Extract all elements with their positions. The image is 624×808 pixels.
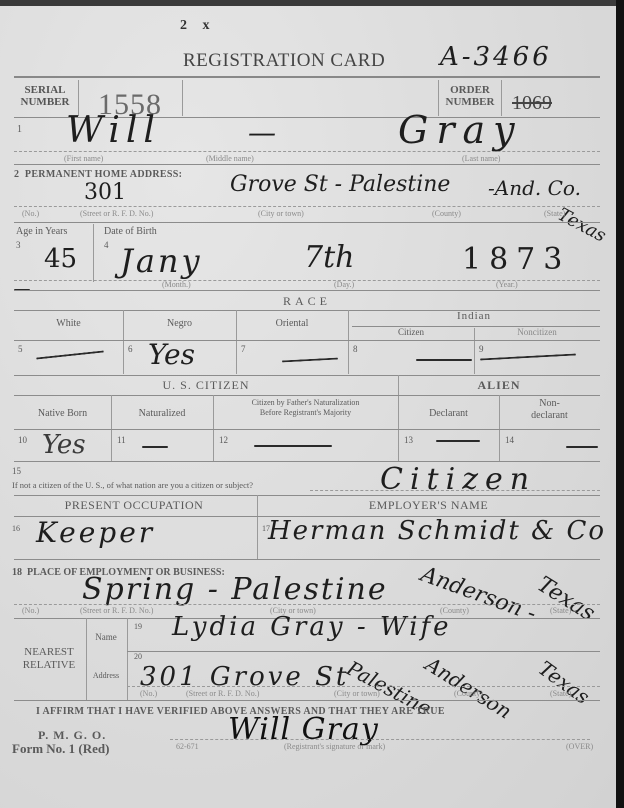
birth-year-value: 1873 [462, 242, 570, 277]
relative-caption-no: (No.) [140, 689, 157, 698]
item-number-14: 14 [505, 435, 514, 445]
employer-title: EMPLOYER'S NAME [257, 498, 600, 513]
item-number-5: 5 [18, 344, 23, 354]
citizen-by-father-line1: Citizen by Father's Naturalization [213, 398, 398, 408]
relative-address-value: 301 Grove St [140, 662, 349, 692]
item-number-9: 9 [479, 344, 484, 354]
serial-label-line1: SERIAL [14, 84, 76, 96]
alien-title: ALIEN [398, 378, 600, 393]
first-name-caption: (First name) [64, 154, 103, 163]
race-negro-label: Negro [123, 318, 236, 329]
employment-caption-no: (No.) [22, 606, 39, 615]
item-number-2: 2 [14, 169, 19, 180]
nearest-relative-label: NEAREST RELATIVE [14, 646, 84, 672]
item-number-11: 11 [117, 435, 126, 445]
last-name-caption: (Last name) [462, 154, 500, 163]
form-number: Form No. 1 (Red) [12, 741, 109, 757]
card-id-handwritten: A-3466 [440, 42, 552, 72]
nation-answer: Citizen [380, 462, 536, 497]
race-white-label: White [14, 318, 123, 329]
registration-card: 2 x REGISTRATION CARD A-3466 SERIAL NUMB… [0, 0, 616, 808]
birth-month-value: Jany [120, 242, 203, 280]
item-number-19: 19 [134, 622, 142, 631]
place-of-employment-value: Spring - Palestine [82, 572, 388, 607]
race-indian-noncitizen-label: Noncitizen [474, 327, 600, 337]
occupation-value: Keeper [36, 516, 155, 549]
item-number-20: 20 [134, 652, 142, 661]
signature-caption: (Registrant's signature or mark) [284, 742, 385, 751]
serial-label-line2: NUMBER [14, 96, 76, 108]
date-of-birth-label: Date of Birth [104, 226, 157, 237]
first-name-value: Will [66, 110, 161, 151]
item-number-12: 12 [219, 435, 228, 445]
home-address-number: 301 [84, 180, 126, 205]
relative-address-label: Address [86, 671, 126, 680]
item-number-4: 4 [104, 240, 109, 250]
citizen-by-father-label: Citizen by Father's Naturalization Befor… [213, 398, 398, 418]
relative-caption-street: (Street or R. F. D. No.) [186, 689, 259, 698]
nearest-relative-line2: RELATIVE [14, 659, 84, 672]
birth-day-value: 7th [304, 240, 354, 275]
age-value: 45 [44, 244, 77, 274]
item-number-3: 3 [16, 240, 21, 250]
over-label: (OVER) [566, 742, 593, 751]
item-number-10: 10 [18, 435, 27, 445]
declarant-label: Declarant [398, 408, 499, 419]
item-number-16: 16 [12, 524, 20, 533]
birth-year-caption: (Year.) [496, 280, 518, 289]
non-declarant-line1: Non- [499, 398, 600, 410]
race-title: RACE [14, 294, 600, 309]
employer-value: Herman Schmidt & Co [268, 516, 606, 546]
address-caption-state: (State) [544, 209, 565, 218]
birth-day-caption: (Day.) [334, 280, 354, 289]
address-caption-street: (Street or R. F. D. No.) [80, 209, 153, 218]
non-declarant-line2: declarant [499, 410, 600, 422]
address-caption-no: (No.) [22, 209, 39, 218]
item-number-6: 6 [128, 344, 133, 354]
home-address-county: -And. Co. [488, 176, 581, 200]
item-number-7: 7 [241, 344, 246, 354]
citizen-by-father-line2: Before Registrant's Majority [213, 408, 398, 418]
item-number-1: 1 [17, 124, 22, 135]
native-born-value: Yes [42, 430, 86, 460]
non-declarant-label: Non- declarant [499, 398, 600, 422]
native-born-label: Native Born [14, 408, 111, 419]
us-citizen-title: U. S. CITIZEN [14, 378, 398, 393]
home-address-street-city: Grove St - Palestine [230, 172, 450, 197]
order-label-line2: NUMBER [440, 96, 500, 108]
relative-caption-county: (County) [454, 689, 483, 698]
address-caption-city: (City or town) [258, 209, 304, 218]
nation-question: If not a citizen of the U. S., of what n… [12, 480, 253, 490]
birth-month-caption: (Month.) [162, 280, 191, 289]
home-address-label-text: PERMANENT HOME ADDRESS: [25, 169, 182, 180]
item-number-13: 13 [404, 435, 413, 445]
address-caption-county: (County) [432, 209, 461, 218]
relative-name-label: Name [86, 632, 126, 642]
employment-caption-street: (Street or R. F. D. No.) [80, 606, 153, 615]
item-number-18: 18 [12, 567, 22, 578]
stray-marks: 2 x [180, 18, 216, 34]
nearest-relative-line1: NEAREST [14, 646, 84, 659]
race-negro-value: Yes [148, 338, 195, 371]
item-number-15: 15 [12, 466, 21, 476]
middle-name-caption: (Middle name) [206, 154, 254, 163]
card-title: REGISTRATION CARD [183, 50, 385, 72]
employment-caption-state: (State) [550, 606, 571, 615]
relative-address-state: Texas [534, 656, 594, 709]
race-indian-citizen-label: Citizen [348, 327, 474, 337]
race-indian-label: Indian [348, 310, 600, 322]
middle-name-value: — [248, 116, 276, 149]
last-name-value: Gray [398, 108, 523, 152]
race-oriental-label: Oriental [236, 318, 348, 329]
serial-number-label: SERIAL NUMBER [14, 84, 76, 108]
order-label-line1: ORDER [440, 84, 500, 96]
relative-caption-state: (State) [550, 689, 571, 698]
item-number-8: 8 [353, 344, 358, 354]
print-code: 62-671 [176, 742, 199, 751]
naturalized-label: Naturalized [111, 408, 213, 419]
relative-name-value: Lydia Gray - Wife [172, 612, 452, 642]
age-label: Age in Years [16, 226, 67, 237]
order-number-label: ORDER NUMBER [440, 84, 500, 108]
home-address-label: 2 PERMANENT HOME ADDRESS: [14, 169, 182, 180]
occupation-title: PRESENT OCCUPATION [14, 498, 254, 513]
relative-caption-city: (City or town) [334, 689, 380, 698]
